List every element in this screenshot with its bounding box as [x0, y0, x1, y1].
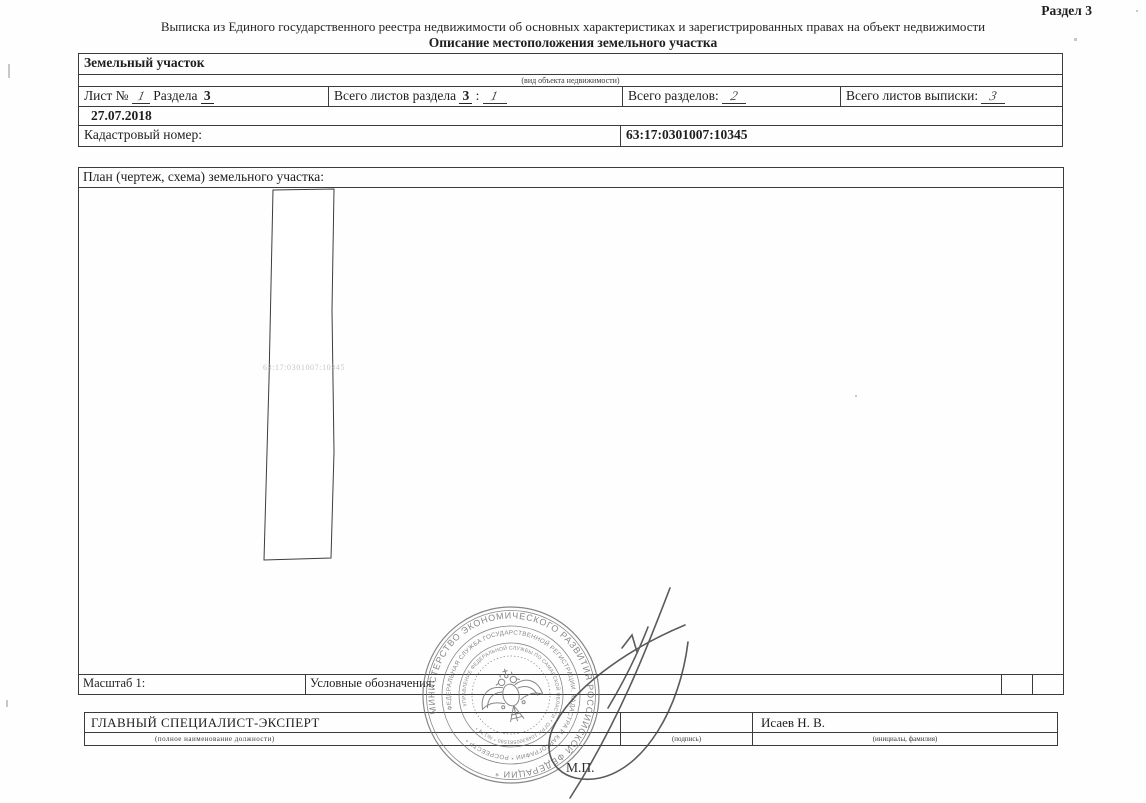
total-extract-sheets-underline: 3 [981, 89, 1005, 104]
document-subtitle: Описание местоположения земельного участ… [0, 35, 1146, 51]
name-caption: (инициалы, фамилия) [753, 733, 1057, 745]
cadastral-number-row: Кадастровый номер: 63:17:0301007:10345 [79, 126, 1062, 146]
sheet-value-underline: 1 [132, 89, 150, 104]
plan-title: План (чертеж, схема) земельного участка: [79, 168, 1063, 188]
handwritten-signature [530, 580, 710, 803]
footer-empty-cell-2 [1033, 675, 1063, 694]
sheet-value: 1 [136, 89, 145, 102]
object-type-caption: (вид объекта недвижимости) [79, 75, 1062, 87]
scan-speck [1136, 10, 1138, 12]
total-sections-cell: Всего разделов: 2 [623, 87, 841, 106]
total-extract-sheets-label: Всего листов выписки: [846, 88, 978, 103]
total-sections-underline: 2 [722, 89, 746, 104]
sheet-numbers-row: Лист № 1 Раздела 3 Всего листов раздела … [79, 87, 1062, 107]
sheets-in-section-underline: 1 [483, 89, 507, 104]
total-extract-sheets-value: 3 [989, 89, 998, 102]
scan-speck [1074, 38, 1077, 41]
scan-speck [855, 395, 857, 397]
sheets-in-section-label: Всего листов раздела [334, 88, 456, 103]
document-page: Раздел 3 Выписка из Единого государствен… [0, 0, 1146, 803]
cadastral-number-label: Кадастровый номер: [79, 126, 621, 146]
signer-name: Исаев Н. В. [753, 713, 1057, 732]
sheet-label: Лист № [84, 88, 129, 103]
scan-speck [6, 700, 8, 707]
section-value: 3 [201, 88, 214, 104]
footer-empty-cell-1 [1002, 675, 1033, 694]
parcel-outline [264, 189, 334, 560]
object-type: Земельный участок [79, 54, 1062, 75]
total-sections-value: 2 [729, 89, 738, 102]
section-word: Раздела [153, 88, 197, 103]
total-extract-sheets-cell: Всего листов выписки: 3 [841, 87, 1062, 106]
extract-date: 27.07.2018 [79, 107, 1062, 126]
total-sections-label: Всего разделов: [628, 88, 719, 103]
scan-speck [8, 64, 10, 78]
sheets-in-section-value: 1 [490, 89, 499, 102]
sheet-number-cell: Лист № 1 Раздела 3 [79, 87, 329, 106]
document-title: Выписка из Единого государственного реес… [0, 19, 1146, 35]
parcel-label: 63:17:0301007:10345 [263, 363, 345, 372]
sheets-in-section-section: 3 [459, 88, 472, 104]
section-label: Раздел 3 [1041, 3, 1092, 19]
header-table: Земельный участок (вид объекта недвижимо… [78, 53, 1063, 147]
cadastral-number-value: 63:17:0301007:10345 [621, 126, 1062, 146]
scale-label: Масштаб 1: [79, 675, 306, 694]
sheets-in-section-sep: : [476, 88, 480, 103]
sheets-in-section-cell: Всего листов раздела 3 : 1 [329, 87, 623, 106]
